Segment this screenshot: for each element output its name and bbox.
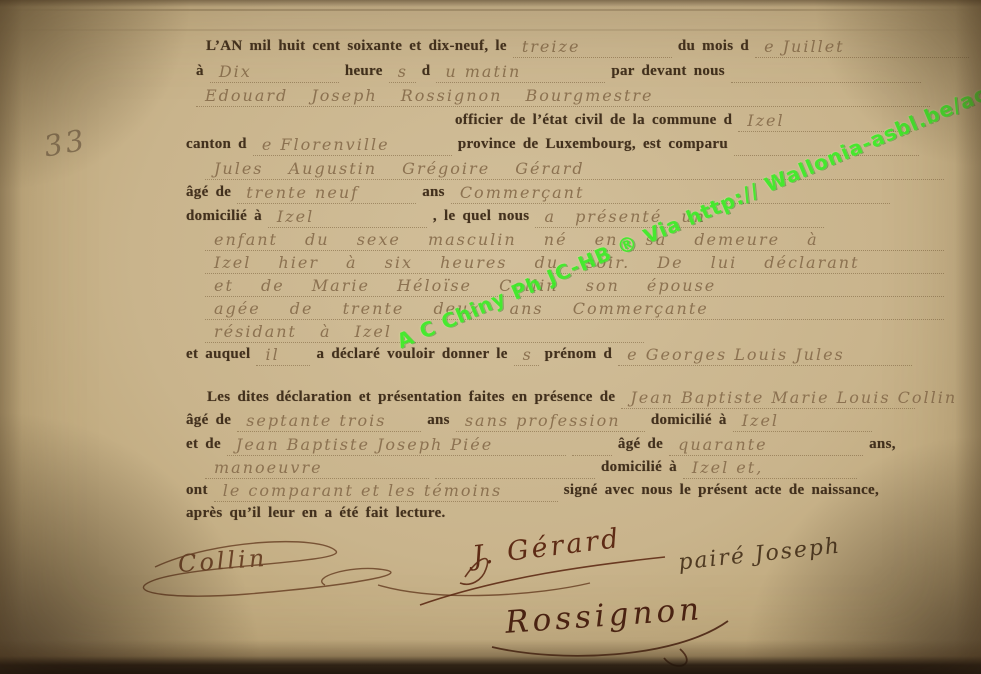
handwritten-entry: agée de trente deux ans Commerçante [205, 299, 944, 320]
printed-form-text: officier de l’état civil de la commune d [455, 110, 732, 130]
printed-form-text: ans, [869, 434, 896, 454]
document-line: officier de l’état civil de la commune d… [455, 110, 912, 132]
signature-flourishes [120, 525, 780, 670]
signature-gerard: J. Gérard [471, 523, 623, 572]
handwritten-entry: e Juillet [755, 37, 969, 58]
handwritten-entry: trente neuf [237, 183, 416, 204]
printed-form-text: par devant nous [611, 61, 725, 81]
handwritten-entry: septante trois [237, 411, 421, 432]
document-line: et auquelila déclaré vouloir donner lesp… [186, 344, 912, 366]
printed-form-text: heure [345, 61, 383, 81]
handwritten-entry: manoeuvre [205, 458, 429, 479]
printed-form-text: canton d [186, 134, 247, 154]
handwritten-entry: Jean Baptiste Marie Louis Collin [621, 388, 915, 409]
handwritten-entry: s [389, 62, 416, 83]
margin-act-number: 33 [41, 123, 89, 164]
scanned-birth-certificate: 33 L’AN mil huit cent soixante et dix-ne… [0, 0, 981, 674]
printed-form-text: âgé de [186, 410, 231, 430]
blank-rule [572, 439, 612, 456]
handwritten-entry: il [256, 345, 310, 366]
printed-form-text: , le quel nous [433, 206, 530, 226]
printed-form-text: ans [422, 182, 445, 202]
handwritten-entry: quarante [669, 435, 863, 456]
printed-form-text: d [422, 61, 431, 81]
handwritten-entry: Dix [210, 62, 339, 83]
signature-collin: Collin [177, 544, 268, 578]
printed-form-text: domicilié à [601, 457, 677, 477]
printed-form-text: âgé de [186, 182, 231, 202]
document-line: Les dites déclaration et présentation fa… [207, 387, 915, 409]
handwritten-entry: Edouard Joseph Rossignon Bourgmestre [196, 86, 930, 107]
handwritten-entry: Izel et, [683, 458, 857, 479]
document-line: ontle comparant et les témoinssigné avec… [186, 480, 879, 502]
handwritten-entry: e Georges Louis Jules [618, 345, 912, 366]
document-line: âgé deseptante troisanssans professiondo… [186, 410, 872, 432]
handwritten-entry: enfant du sexe masculin né en sa demeure… [205, 230, 944, 251]
handwritten-entry: treize [513, 37, 672, 58]
handwritten-entry: e Florenville [253, 135, 452, 156]
blank-rule [435, 462, 595, 479]
signature-rossignon: Rossignon [504, 591, 704, 641]
handwritten-entry: sans profession [456, 411, 645, 432]
document-line: manoeuvredomicilié àIzel et, [205, 457, 857, 479]
handwritten-entry: Izel [268, 207, 427, 228]
printed-form-text: ans [427, 410, 450, 430]
printed-form-text: ont [186, 480, 208, 500]
document-line: après qu’il leur en a été fait lecture. [186, 503, 446, 525]
handwritten-entry: s [514, 345, 539, 366]
document-line: canton de Florenvilleprovince de Luxembo… [186, 134, 919, 156]
printed-form-text: à [196, 61, 204, 81]
printed-form-text: après qu’il leur en a été fait lecture. [186, 503, 446, 523]
document-line: Edouard Joseph Rossignon Bourgmestre [196, 85, 930, 107]
printed-form-text: domicilié à [186, 206, 262, 226]
document-line: enfant du sexe masculin né en sa demeure… [205, 229, 944, 251]
document-line: L’AN mil huit cent soixante et dix-neuf,… [206, 36, 969, 58]
blank-rule [731, 66, 921, 83]
printed-form-text: et de [186, 434, 221, 454]
printed-form-text: L’AN mil huit cent soixante et dix-neuf,… [206, 36, 507, 56]
document-line: et deJean Baptiste Joseph Piéeâgé dequar… [186, 434, 896, 456]
printed-form-text: et auquel [186, 344, 250, 364]
handwritten-entry: Jean Baptiste Joseph Piée [227, 435, 566, 456]
printed-form-text: signé avec nous le présent acte de naiss… [564, 480, 879, 500]
handwritten-entry: Izel [733, 411, 872, 432]
document-line: àDixheuresdu matinpar devant nous [196, 61, 921, 83]
document-line: agée de trente deux ans Commerçante [205, 298, 944, 320]
handwritten-entry: u matin [436, 62, 605, 83]
signature-paire-joseph: pairé Joseph [677, 534, 842, 576]
handwritten-entry: le comparant et les témoins [214, 481, 558, 502]
printed-form-text: province de Luxembourg, est comparu [458, 134, 728, 154]
paper-crease [0, 9, 981, 11]
printed-form-text: prénom d [545, 344, 613, 364]
printed-form-text: domicilié à [651, 410, 727, 430]
paper-crease [0, 29, 981, 31]
printed-form-text: âgé de [618, 434, 663, 454]
handwritten-entry: Commerçant [451, 183, 890, 204]
printed-form-text: du mois d [678, 36, 749, 56]
printed-form-text: Les dites déclaration et présentation fa… [207, 387, 615, 407]
